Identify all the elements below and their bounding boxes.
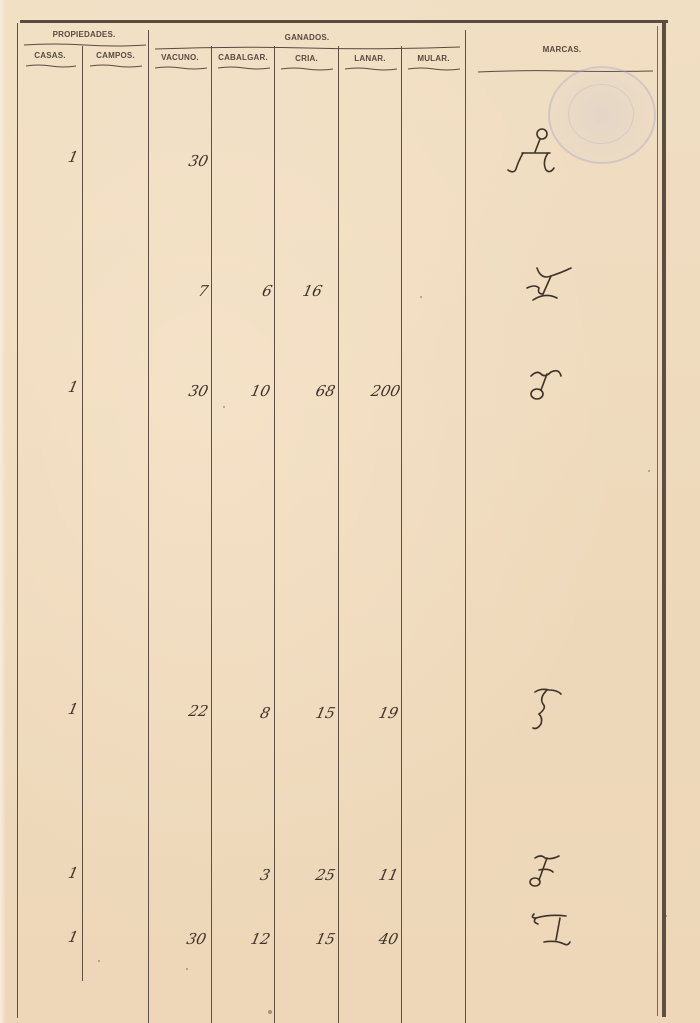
cell-cabalgar: 12 (212, 930, 272, 948)
column-rule-cabalgar-cria (274, 46, 275, 1023)
header-propiedades: PROPIEDADES. (22, 30, 146, 39)
cell-casas: 1 (38, 928, 80, 946)
column-header-casas: CASAS. (18, 51, 82, 60)
ink-speck (420, 296, 422, 298)
column-rule-left (17, 23, 18, 1018)
cell-cria: 25 (275, 866, 337, 884)
cell-cabalgar: 8 (212, 704, 272, 722)
cell-vacuno: 30 (148, 382, 210, 400)
brand-mark-4-icon (515, 682, 575, 737)
brand-mark-1-icon (502, 122, 562, 177)
official-seal-stamp (548, 66, 656, 164)
cell-cria: 15 (275, 704, 337, 722)
cell-casas: 1 (38, 700, 80, 718)
column-header-campos: CAMPOS. (83, 51, 148, 60)
cell-vacuno: 7 (148, 282, 210, 300)
cell-vacuno: 22 (148, 702, 210, 720)
brand-mark-2-icon (515, 258, 575, 313)
column-header-campos-rule (90, 63, 142, 69)
cell-casas: 1 (38, 148, 80, 166)
column-header-cria-rule (281, 66, 333, 72)
column-header-marcas: MARCAS. (467, 45, 657, 54)
header-ganados-rule (155, 45, 460, 51)
cell-vacuno: 30 (148, 152, 210, 170)
column-rule-lanar-mular (401, 46, 402, 1023)
cell-lanar: 19 (338, 704, 400, 722)
column-rule-casas-campos (82, 46, 83, 981)
column-header-vacuno: VACUNO. (149, 53, 211, 62)
ink-speck (648, 470, 650, 472)
ink-speck (268, 1010, 272, 1014)
column-header-vacuno-rule (155, 65, 207, 71)
column-header-casas-rule (26, 63, 76, 69)
column-header-mular: MULAR. (402, 54, 465, 63)
column-header-lanar-rule (345, 66, 397, 72)
column-header-cabalgar-rule (218, 65, 270, 71)
brand-mark-6-icon (520, 902, 580, 957)
top-border-rule (20, 20, 668, 23)
cell-cabalgar: 10 (212, 382, 272, 400)
right-border-rule (662, 22, 666, 1017)
column-header-mular-rule (408, 66, 460, 72)
column-header-cria: CRIA. (275, 54, 338, 63)
column-rule-vacuno-cabalgar (211, 46, 212, 1023)
cell-lanar: 40 (338, 930, 400, 948)
ink-speck (223, 406, 225, 408)
brand-mark-5-icon (515, 848, 575, 903)
cell-casas: 1 (38, 864, 80, 882)
column-header-lanar: LANAR. (339, 54, 401, 63)
page-edge (0, 0, 6, 1023)
ink-speck (186, 968, 188, 970)
brand-mark-3-icon (515, 360, 575, 415)
cell-lanar: 11 (338, 866, 400, 884)
right-border-inner-rule (657, 26, 658, 1016)
header-propiedades-rule (24, 42, 146, 48)
ink-speck (665, 915, 667, 917)
cell-cria: 68 (275, 382, 337, 400)
cell-cabalgar: 3 (212, 866, 272, 884)
column-header-cabalgar: CABALGAR. (212, 53, 274, 62)
cell-cria: 16 (275, 282, 324, 300)
column-rule-propiedades-ganados (148, 30, 149, 1023)
header-ganados: GANADOS. (150, 33, 464, 42)
cell-casas: 1 (38, 378, 80, 396)
cell-cabalgar: 6 (212, 282, 274, 300)
column-rule-ganados-marcas (465, 30, 466, 1023)
ink-speck (98, 960, 100, 962)
cell-vacuno: 30 (148, 930, 208, 948)
cell-cria: 15 (275, 930, 337, 948)
cell-lanar: 200 (338, 382, 402, 400)
